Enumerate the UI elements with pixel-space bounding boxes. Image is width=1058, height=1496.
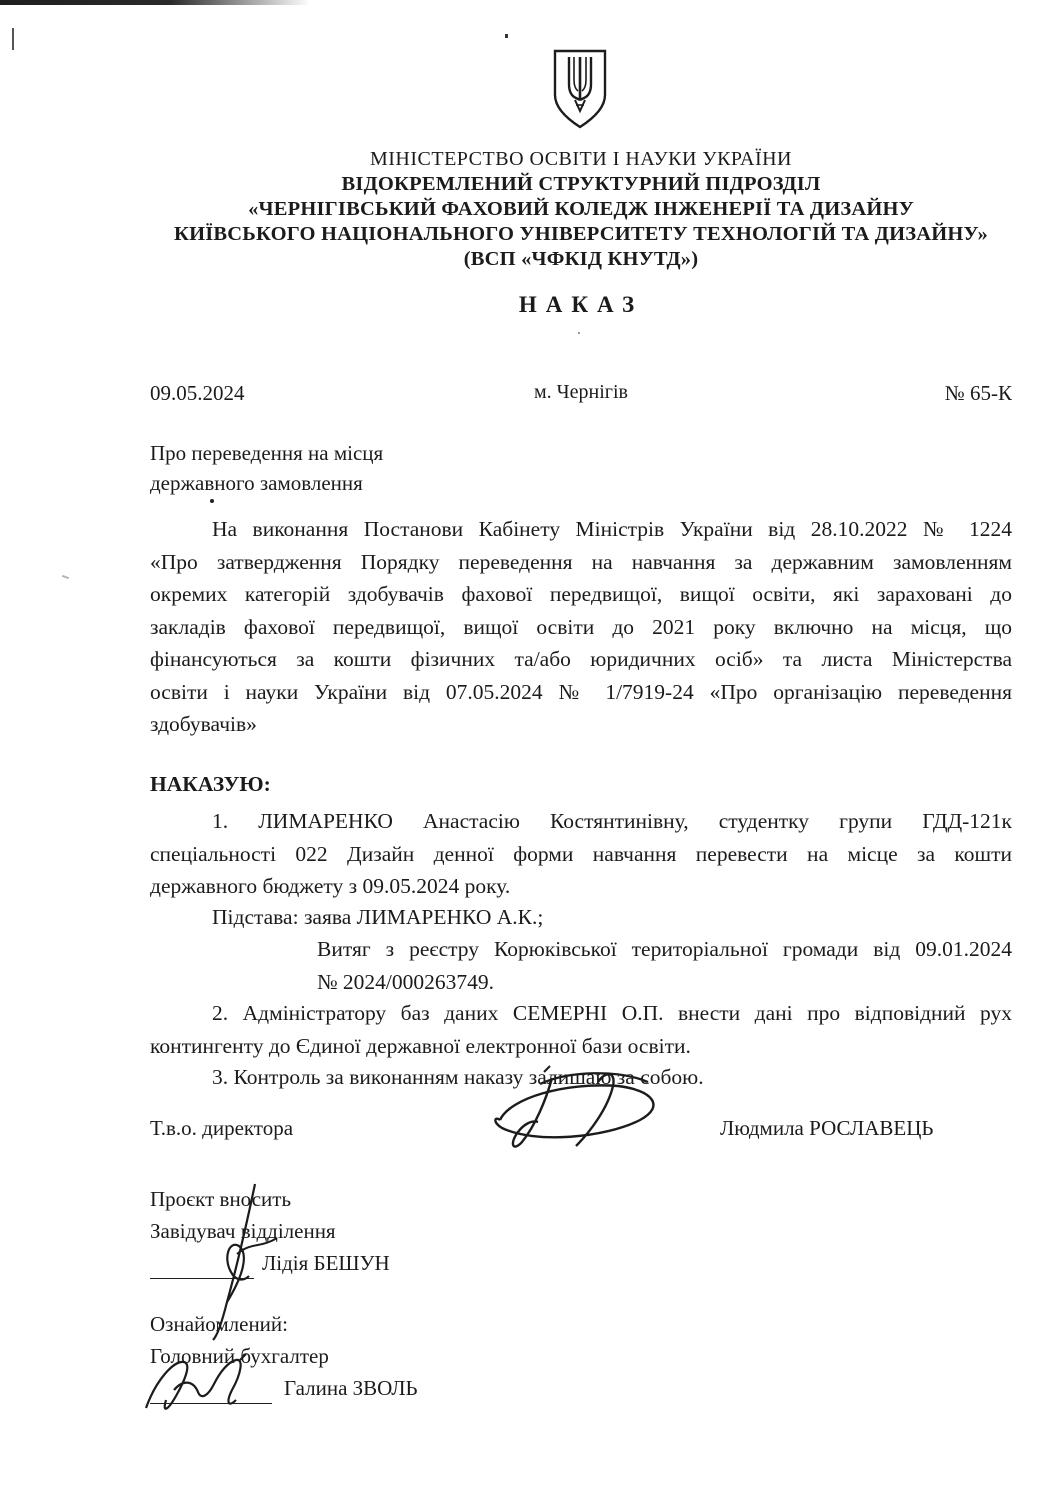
subject-line: Про переведення на місця <box>150 438 383 468</box>
document-header: МІНІСТЕРСТВО ОСВІТИ І НАУКИ УКРАЇНИ ВІДО… <box>150 147 1012 272</box>
order-meta-row: 09.05.2024 м. Чернігів № 65-К <box>150 381 1012 407</box>
scan-artifact-dot <box>578 332 580 334</box>
basis-extra-line: Витяг з реєстру Корюківської територіаль… <box>317 933 1012 966</box>
scan-artifact-tick <box>12 28 14 50</box>
director-position: Т.в.о. директора <box>150 1116 293 1141</box>
order-word: НАКАЗУЮ: <box>150 772 271 797</box>
preamble-line: фінансуються за кошти фізичних та/або юр… <box>150 643 1012 676</box>
preamble-line: здобувачів» <box>150 708 1012 741</box>
org-line: «ЧЕРНІГІВСЬКИЙ ФАХОВИЙ КОЛЕДЖ ІНЖЕНЕРІЇ … <box>150 197 1012 222</box>
director-name: Людмила РОСЛАВЕЦЬ <box>720 1116 933 1141</box>
basis-extra-line: № 2024/000263749. <box>317 966 1012 999</box>
basis-extra-block: Витяг з реєстру Корюківської територіаль… <box>317 933 1012 998</box>
order-item-1: 1. ЛИМАРЕНКО Анастасію Костянтинівну, ст… <box>150 805 1012 903</box>
org-line: КИЇВСЬКОГО НАЦІОНАЛЬНОГО УНІВЕРСИТЕТУ ТЕ… <box>150 222 1012 247</box>
order-number: № 65-К <box>945 381 1012 406</box>
order-item-line: 2. Адміністратору баз даних СЕМЕРНІ О.П.… <box>150 997 1012 1030</box>
preamble-line: закладів фахової передвищої, вищої освіт… <box>150 611 1012 644</box>
subject-line: державного замовлення <box>150 468 383 498</box>
scanned-order-document: МІНІСТЕРСТВО ОСВІТИ І НАУКИ УКРАЇНИ ВІДО… <box>0 0 1058 1496</box>
document-title: НАКАЗ <box>150 292 1012 318</box>
preamble-line: окремих категорій здобувачів фахової пер… <box>150 578 1012 611</box>
scan-artifact-speck <box>505 34 508 38</box>
order-subject: Про переведення на місця державного замо… <box>150 438 383 498</box>
preamble-line: освіти і науки України від 07.05.2024 № … <box>150 676 1012 709</box>
signature-zvol-icon <box>138 1350 290 1422</box>
order-item-line: спеціальності 022 Дизайн денної форми на… <box>150 838 1012 871</box>
ack-name: Галина ЗВОЛЬ <box>284 1372 418 1404</box>
preamble-line: «Про затвердження Порядку переведення на… <box>150 546 1012 579</box>
preamble-line: На виконання Постанови Кабінету Міністрі… <box>150 513 1012 546</box>
ukraine-trident-emblem-icon <box>551 47 609 131</box>
basis-line: Підстава: заява ЛИМАРЕНКО А.К.; <box>150 901 1012 934</box>
order-item-2: 2. Адміністратору баз даних СЕМЕРНІ О.П.… <box>150 997 1012 1062</box>
org-line: (ВСП «ЧФКІД КНУТД») <box>150 247 1012 272</box>
basis-block: Підстава: заява ЛИМАРЕНКО А.К.; <box>150 901 1012 934</box>
signature-director-icon <box>440 1058 700 1180</box>
order-item-line: державного бюджету з 09.05.2024 року. <box>150 870 1012 903</box>
order-city: м. Чернігів <box>150 381 1012 404</box>
ministry-line: МІНІСТЕРСТВО ОСВІТИ І НАУКИ УКРАЇНИ <box>150 147 1012 172</box>
scan-artifact-dot <box>210 499 214 503</box>
scan-artifact-top-line <box>0 0 310 5</box>
ack-heading: Ознайомлений: <box>150 1308 418 1340</box>
preamble-paragraph: На виконання Постанови Кабінету Міністрі… <box>150 513 1012 741</box>
scan-artifact-speck <box>62 575 69 579</box>
org-line: ВІДОКРЕМЛЕНИЙ СТРУКТУРНИЙ ПІДРОЗДІЛ <box>150 172 1012 197</box>
order-item-line: 1. ЛИМАРЕНКО Анастасію Костянтинівну, ст… <box>150 805 1012 838</box>
